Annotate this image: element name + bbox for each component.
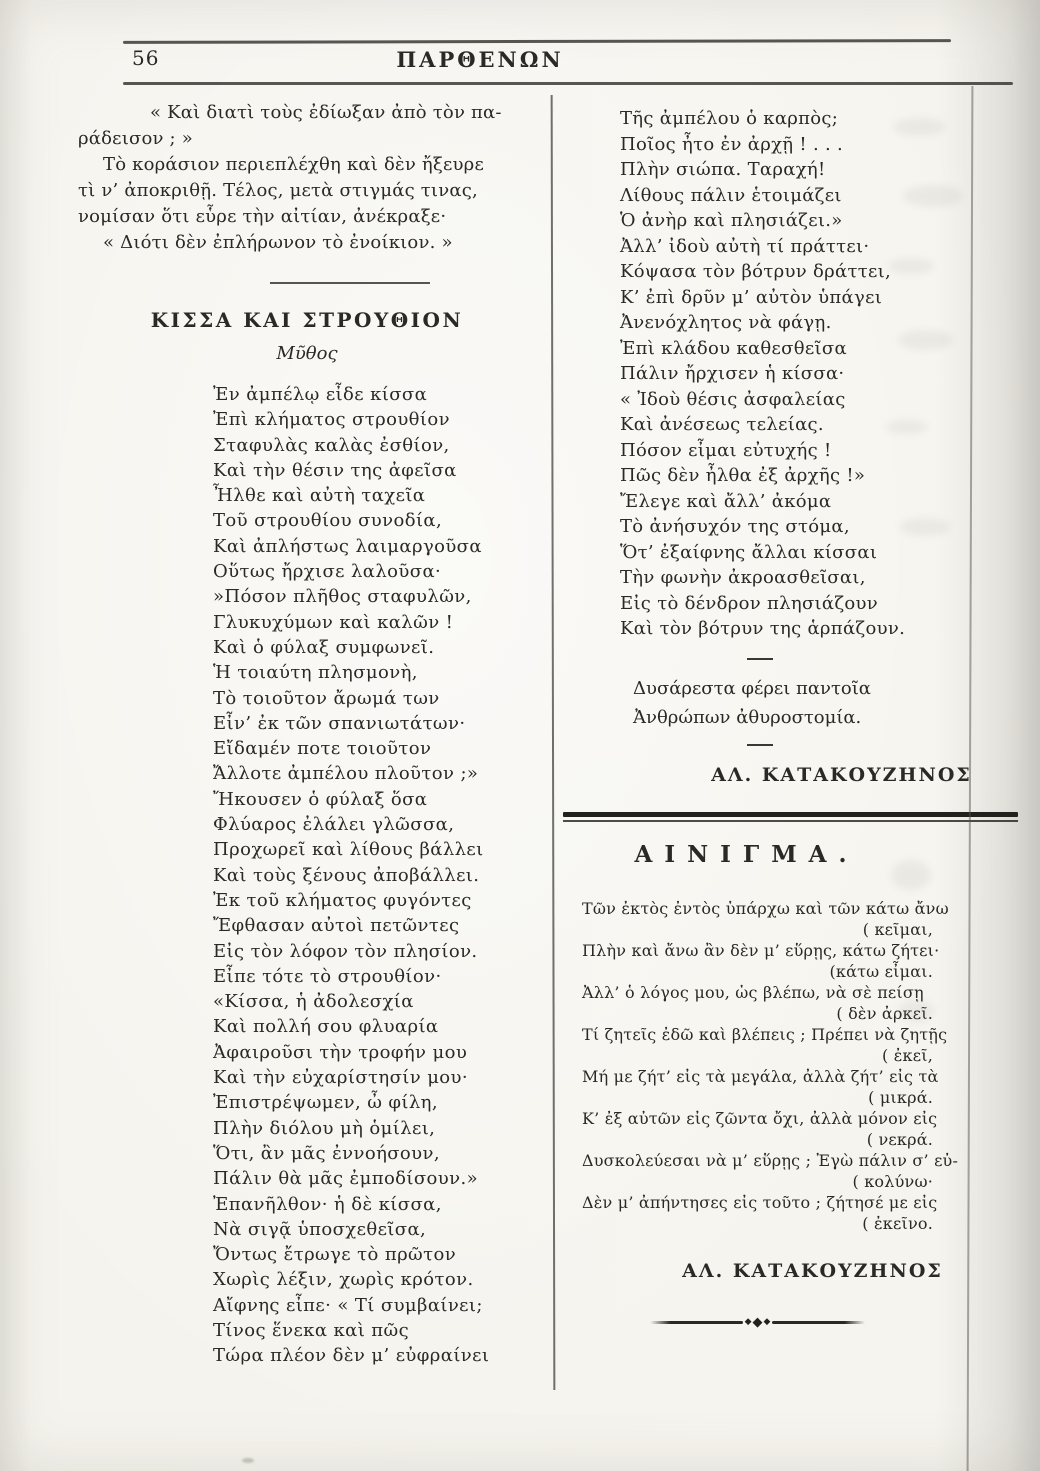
poem-line: Φλύαρος ἐλάλει γλῶσσα, [213,812,536,837]
poem-line: Εἴδαμέν ποτε τοιοῦτον [213,736,536,761]
riddle-couplet: Μή με ζήτ’ εἰς τὰ μεγάλα, ἀλλὰ ζήτ’ εἰς … [582,1066,1018,1108]
fable-poem-continuation: Τῆς ἀμπέλου ὁ καρπὸς; Ποῖος ἦτο ἐν ἀρχῇ … [575,98,1018,642]
tailpiece-ornament: ◆ ◆ ◆ [650,1316,865,1329]
poem-line: Τὴν φωνὴν ἀκροασθεῖσαι, [620,565,1018,591]
scan-smudge [903,185,963,207]
riddle-line: Δὲν μ’ ἀπήντησες εἰς τοῦτο ; ζήτησέ με ε… [582,1192,1018,1213]
poem-line: Καὶ ὁ φύλαξ συμφωνεῖ. [213,635,536,660]
scan-speck [242,1458,254,1463]
section-separator-rule [270,282,430,284]
prose-line: Τὸ κοράσιον περιεπλέχθη καὶ δὲν ἤξευρε [78,152,536,178]
poem-line: Ἐν ἀμπέλῳ εἶδε κίσσα [213,382,536,407]
poem-line: Τῆς ἀμπέλου ὁ καρπὸς; [620,106,1018,132]
poem-line: Εἰς τὸν λόφον τὸν πλησίον. [213,939,536,964]
column-divider-rule [551,95,556,1390]
riddle-couplet: Δυσκολεύεσαι νὰ μ’ εὕρῃς ; Ἐγὼ πάλιν σ’ … [582,1150,1018,1192]
moral-line: Δυσάρεστα φέρει παντοῖα [633,674,1018,703]
poem-line: Καὶ ἀπλήστως λαιμαργοῦσα [213,534,536,559]
poem-line: Χωρὶς λέξιν, χωρὶς κρότον. [213,1267,536,1292]
fable-title: ΚΙΣΣΑ ΚΑΙ ΣΤΡΟΥΘΙΟΝ [78,306,536,334]
short-dash-divider [747,658,773,660]
poem-line: Ποῖος ἦτο ἐν ἀρχῇ ! . . . [620,132,1018,158]
poem-line: Πάλιν θὰ μᾶς ἐμποδίσουν.» [213,1166,536,1191]
poem-line: Τώρα πλέον δὲν μ’ εὐφραίνει [213,1343,536,1368]
short-dash-divider [747,744,773,746]
poem-line: Πλὴν διόλου μὴ ὁμίλει, [213,1116,536,1141]
right-column: Τῆς ἀμπέλου ὁ καρπὸς; Ποῖος ἦτο ἐν ἀρχῇ … [575,98,1018,1329]
scan-smudge [891,860,931,890]
poem-line: Οὕτως ἤρχισε λαλοῦσα· [213,559,536,584]
poem-line: Εἶπε τότε τὸ στρουθίον· [213,964,536,989]
poem-line: « Ἰδοὺ θέσις ἀσφαλείας [620,387,1018,413]
riddle-couplet: Πλὴν καὶ ἄνω ἂν δὲν μ’ εὕρῃς, κάτω ζήτει… [582,940,1018,982]
prose-line: « Διότι δὲν ἐπλήρωνον τὸ ἐνοίκιον. » [78,230,536,256]
riddle-line: Μή με ζήτ’ εἰς τὰ μεγάλα, ἀλλὰ ζήτ’ εἰς … [582,1066,1018,1087]
poem-line: Τοῦ στρουθίου συνοδία, [213,508,536,533]
prose-line: τὶ ν’ ἀποκριθῇ. Τέλος, μετὰ στιγμάς τινα… [78,178,536,204]
poem-line: Ἄλλοτε ἀμπέλου πλοῦτον ;» [213,761,536,786]
poem-line: Ἔφθασαν αὐτοὶ πετῶντες [213,913,536,938]
riddle-line: Τῶν ἐκτὸς ἐντὸς ὑπάρχω καὶ τῶν κάτω ἄνω [582,898,1018,919]
poem-line: Εἰς τὸ δένδρον πλησιάζουν [620,591,1018,617]
scan-smudge [898,1000,934,1022]
riddle-line-continuation: ( ἐκεῖ, [582,1045,1018,1066]
poem-line: Καὶ τὸν βότρυν της ἁρπάζουν. [620,616,1018,642]
ornament-diamond-icon: ◆ [753,1316,763,1329]
ornament-diamond-icon: ◆ [745,1318,752,1327]
poem-line: Τίνος ἕνεκα καὶ πῶς [213,1318,536,1343]
prose-line: « Καὶ διατὶ τοὺς ἐδίωξαν ἀπὸ τὸν πα- [78,100,536,126]
riddle-line: Ἀλλ’ ὁ λόγος μου, ὡς βλέπω, νὰ σὲ πείσῃ [582,982,1018,1003]
poem-line: Αἴφνης εἶπε· « Τί συμβαίνει; [213,1293,536,1318]
moral-line: Ἀνθρώπων ἀθυροστομία. [633,703,1018,732]
riddle-text: Τῶν ἐκτὸς ἐντὸς ὑπάρχω καὶ τῶν κάτω ἄνω … [575,898,1018,1234]
riddle-couplet: Τῶν ἐκτὸς ἐντὸς ὑπάρχω καὶ τῶν κάτω ἄνω … [582,898,1018,940]
prose-line: ράδεισον ; » [78,126,536,152]
poem-line: Ἔλεγε καὶ ἄλλ’ ἀκόμα [620,489,1018,515]
riddle-line: Δυσκολεύεσαι νὰ μ’ εὕρῃς ; Ἐγὼ πάλιν σ’ … [582,1150,1018,1171]
riddle-line-continuation: ( μικρά. [582,1087,1018,1108]
riddle-line: Πλὴν καὶ ἄνω ἂν δὲν μ’ εὕρῃς, κάτω ζήτει… [582,940,1018,961]
poem-line: Καὶ τὴν θέσιν της ἀφεῖσα [213,458,536,483]
poem-line: Προχωρεῖ καὶ λίθους βάλλει [213,837,536,862]
poem-line: Ὅτι, ἂν μᾶς ἐννοήσουν, [213,1141,536,1166]
prose-paragraphs: « Καὶ διατὶ τοὺς ἐδίωξαν ἀπὸ τὸν πα- ράδ… [78,100,536,256]
section-heavy-rule [563,812,1018,822]
poem-line: Σταφυλὰς καλὰς ἐσθίον, [213,433,536,458]
fable-poem-left: Ἐν ἀμπέλῳ εἶδε κίσσα Ἐπὶ κλήματος στρουθ… [78,382,536,1369]
poem-line: Νὰ σιγᾷ ὑποσχεθεῖσα, [213,1217,536,1242]
poem-line: Ἀνενόχλητος νὰ φάγῃ. [620,310,1018,336]
ornament-right-rule [772,1321,865,1324]
riddle-couplet: Τί ζητεῖς ἐδῶ καὶ βλέπεις ; Πρέπει νὰ ζη… [582,1024,1018,1066]
poem-line: Πῶς δὲν ἦλθα ἐξ ἀρχῆς !» [620,463,1018,489]
fable-moral: Δυσάρεστα φέρει παντοῖα Ἀνθρώπων ἀθυροστ… [575,674,1018,732]
poem-line: Καὶ τὴν εὐχαρίστησίν μου· [213,1065,536,1090]
riddle-couplet: Κ’ ἐξ αὐτῶν εἰς ζῶντα ὄχι, ἀλλὰ μόνον εἰ… [582,1108,1018,1150]
poem-line: Ὅτ’ ἐξαίφνης ἄλλαι κίσσαι [620,540,1018,566]
riddle-couplet: Δὲν μ’ ἀπήντησες εἰς τοῦτο ; ζήτησέ με ε… [582,1192,1018,1234]
poem-line: Ἐπανῆλθον· ἡ δὲ κίσσα, [213,1192,536,1217]
riddle-couplet: Ἀλλ’ ὁ λόγος μου, ὡς βλέπω, νὰ σὲ πείσῃ … [582,982,1018,1024]
scan-smudge [900,518,950,536]
poem-line: Ἐπὶ κλήματος στρουθίον [213,407,536,432]
poem-line: Καὶ πολλή σου φλυαρία [213,1014,536,1039]
riddle-line-continuation: ( δὲν ἀρκεῖ. [582,1003,1018,1024]
poem-line: Εἶν’ ἐκ τῶν σπανιωτάτων· [213,711,536,736]
riddle-line-continuation: ( νεκρά. [582,1129,1018,1150]
poem-line: Ἀφαιροῦσι τὴν τροφήν μου [213,1040,536,1065]
poem-line: Πάλιν ἤρχισεν ἡ κίσσα· [620,361,1018,387]
poem-line: Ἤκουσεν ὁ φύλαξ ὅσα [213,787,536,812]
ornament-diamond-icon: ◆ [764,1318,771,1327]
author-signature: ΑΛ. ΚΑΤΑΚΟΥΖΗΝΟΣ [575,1260,1018,1282]
masthead-title: ΠΑΡΘΕΝΩΝ [0,47,960,72]
poem-line: Ὄντως ἔτρωγε τὸ πρῶτον [213,1242,536,1267]
header-top-rule [123,39,951,44]
poem-line: Πλὴν σιώπα. Ταραχή! [620,157,1018,183]
poem-line: »Πόσον πλῆθος σταφυλῶν, [213,584,536,609]
heavy-rule-bar [563,812,1018,817]
scan-smudge [893,118,945,136]
riddle-line-continuation: ( ἐκεῖνο. [582,1213,1018,1234]
fable-subtitle: Μῦθος [78,342,536,366]
riddle-line-continuation: ( κολύνω· [582,1171,1018,1192]
poem-line: Ὁ ἀνὴρ καὶ πλησιάζει.» [620,208,1018,234]
ornament-left-rule [650,1321,743,1324]
ornament-center-icon: ◆ ◆ ◆ [743,1316,773,1329]
scanned-periodical-page: 56 ΠΑΡΘΕΝΩΝ « Καὶ διατὶ τοὺς ἐδίωξαν ἀπὸ… [0,0,1040,1471]
riddle-line-continuation: (κάτω εἶμαι. [582,961,1018,982]
poem-line: Ἐπὶ κλάδου καθεσθεῖσα [620,336,1018,362]
poem-line: Τὸ τοιοῦτον ἄρωμά των [213,686,536,711]
riddle-line: Κ’ ἐξ αὐτῶν εἰς ζῶντα ὄχι, ἀλλὰ μόνον εἰ… [582,1108,1018,1129]
poem-line: Καὶ ἀνέσεως τελείας. [620,412,1018,438]
poem-line: «Κίσσα, ἡ ἀδολεσχία [213,989,536,1014]
scan-smudge [886,420,928,434]
scan-smudge [898,330,953,350]
header-bottom-rule [123,82,1013,85]
prose-line: νομίσαν ὅτι εὗρε τὴν αἰτίαν, ἀνέκραξε· [78,204,536,230]
poem-line: Ἐπιστρέψωμεν, ὦ φίλη, [213,1090,536,1115]
left-column: « Καὶ διατὶ τοὺς ἐδίωξαν ἀπὸ τὸν πα- ράδ… [78,100,536,1369]
author-signature: ΑΛ. ΚΑΤΑΚΟΥΖΗΝΟΣ [575,764,1018,786]
poem-line: Γλυκυχύμων καὶ καλῶν ! [213,610,536,635]
riddle-line: Τί ζητεῖς ἐδῶ καὶ βλέπεις ; Πρέπει νὰ ζη… [582,1024,1018,1045]
poem-line: Ἡ τοιαύτη πλησμονὴ, [213,660,536,685]
poem-line: Πόσον εἶμαι εὐτυχής ! [620,438,1018,464]
poem-line: Κ’ ἐπὶ δρῦν μ’ αὐτὸν ὑπάγει [620,285,1018,311]
scan-smudge [888,258,934,274]
poem-line: Ἦλθε καὶ αὐτὴ ταχεῖα [213,483,536,508]
poem-line: Κόψασα τὸν βότρυν δράττει, [620,259,1018,285]
poem-line: Ἐκ τοῦ κλήματος φυγόντες [213,888,536,913]
poem-line: Ἀλλ’ ἰδοὺ αὐτὴ τί πράττει· [620,234,1018,260]
riddle-line-continuation: ( κεῖμαι, [582,919,1018,940]
heavy-rule-thin-line [563,820,1018,822]
poem-line: Τὸ ἀνήσυχόν της στόμα, [620,514,1018,540]
poem-line: Καὶ τοὺς ξένους ἀποβάλλει. [213,863,536,888]
